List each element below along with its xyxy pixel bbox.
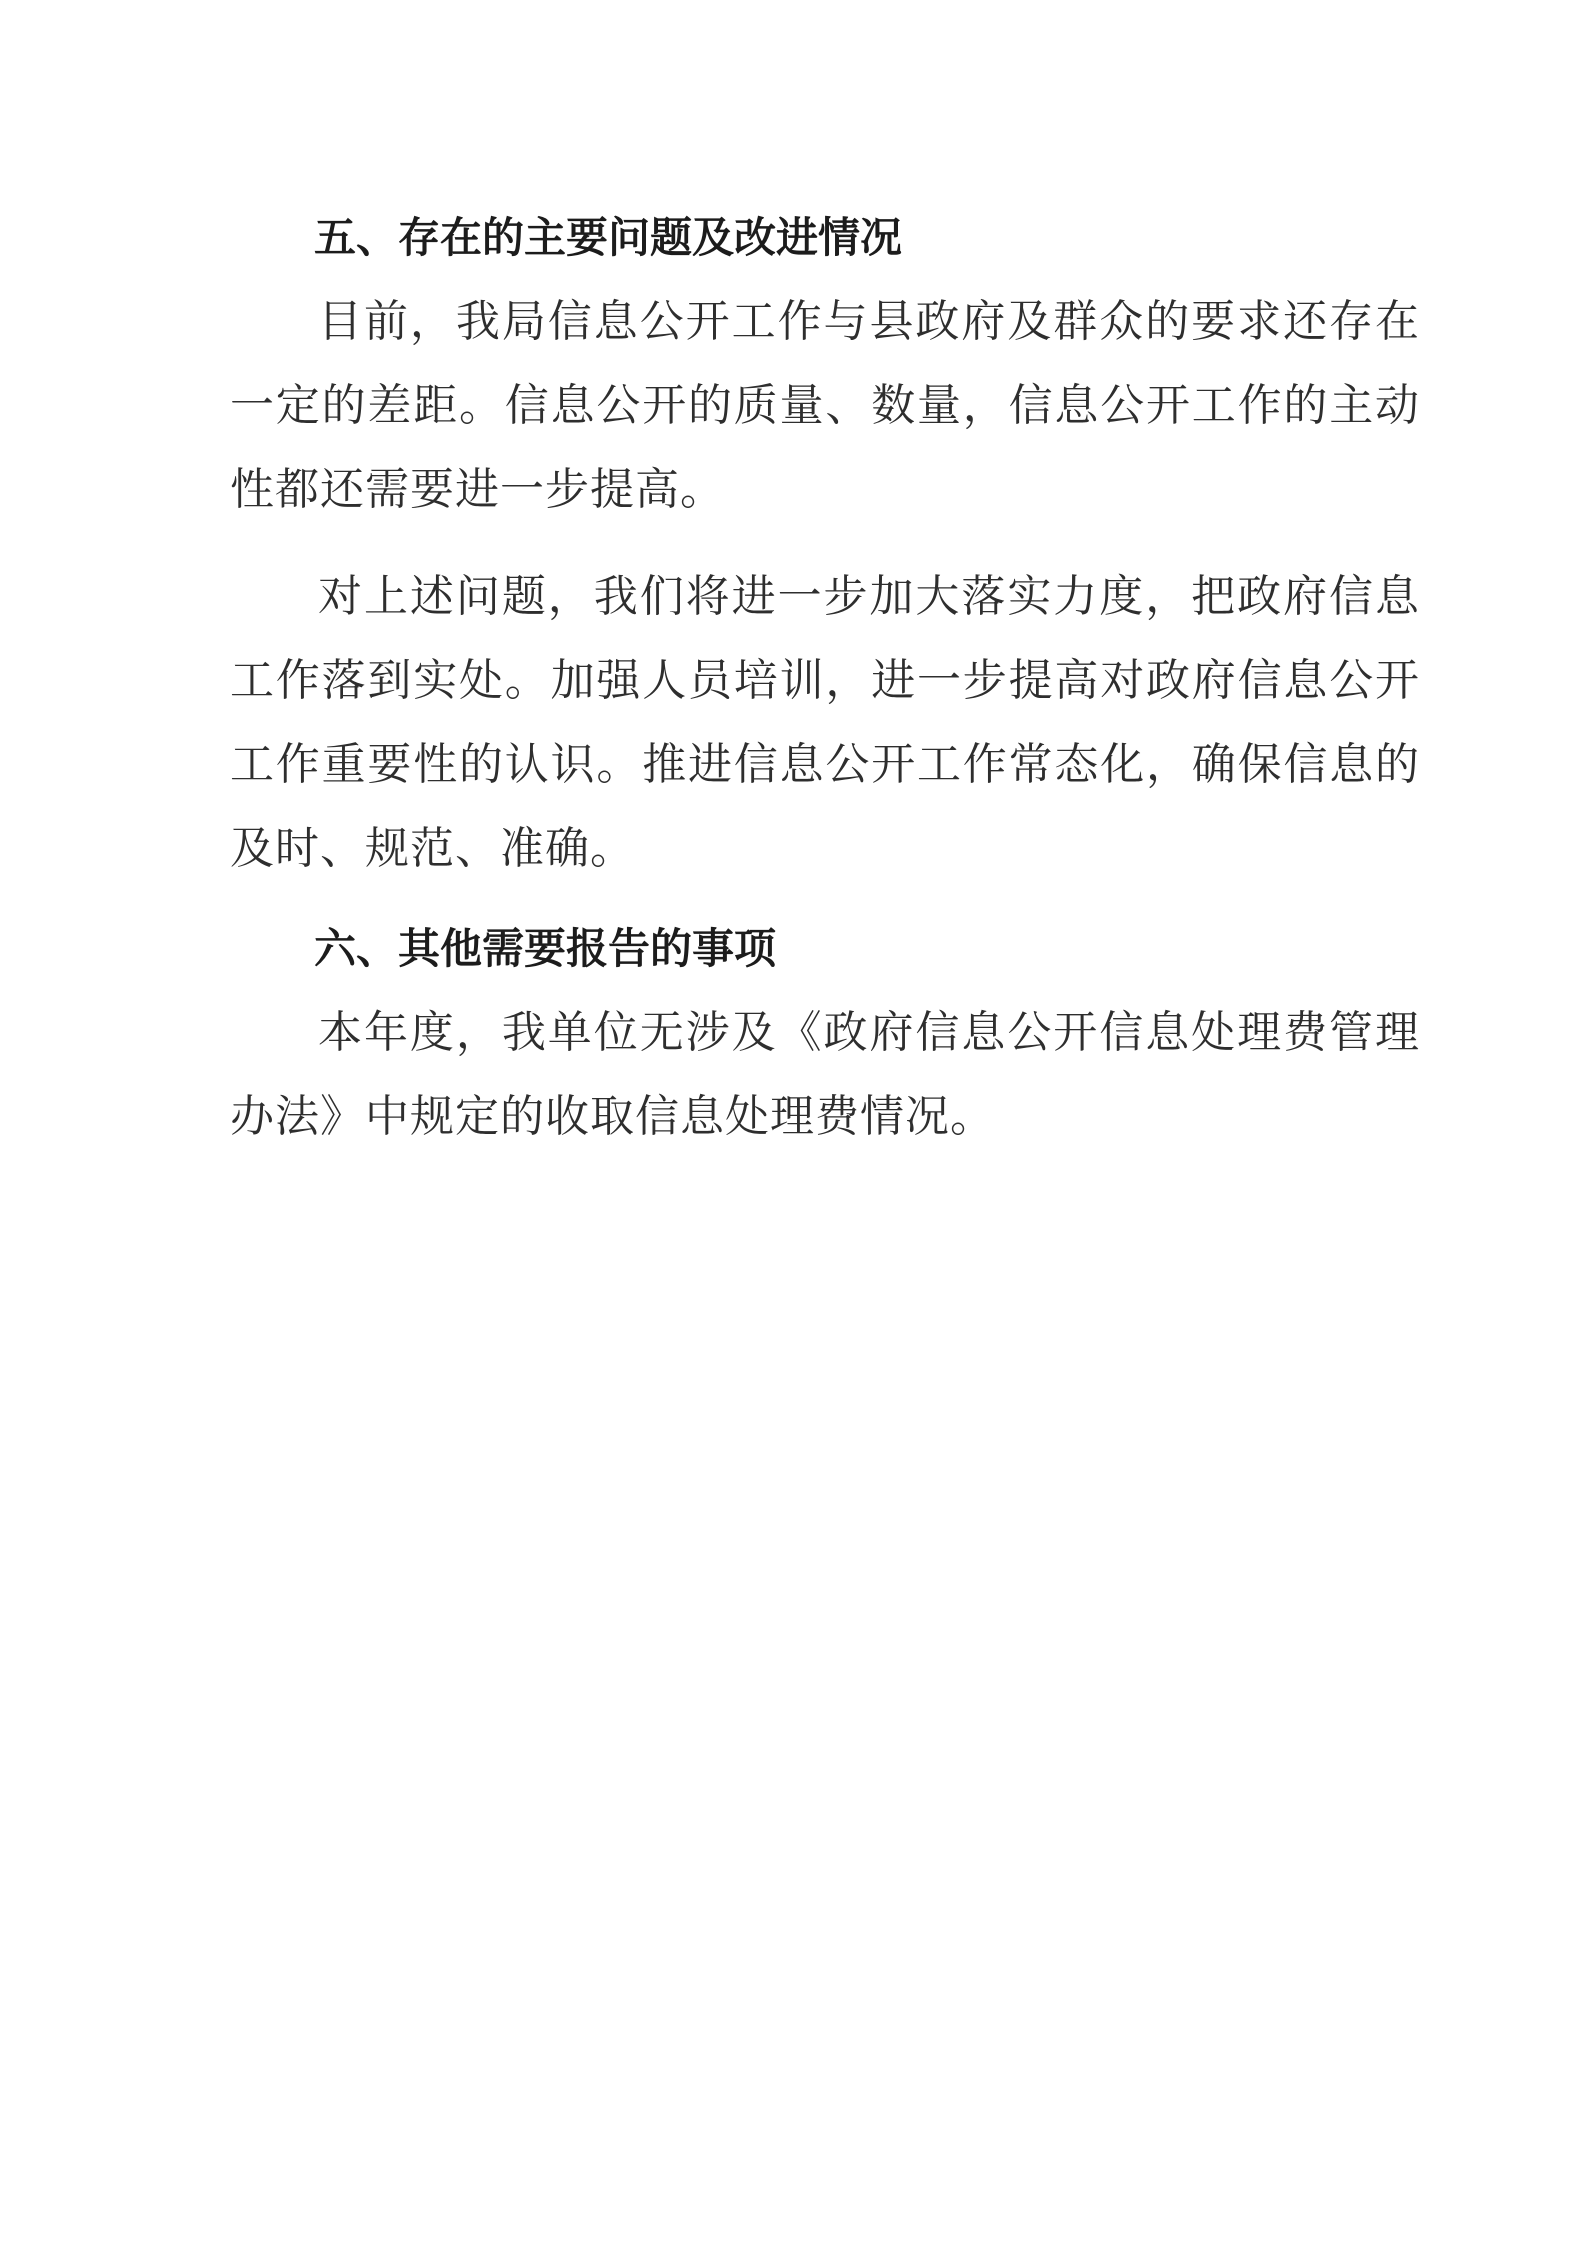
- section-6-paragraph-1: 本年度，我单位无涉及《政府信息公开信息处理费管理办法》中规定的收取信息处理费情况…: [230, 991, 1420, 1159]
- section-other-matters: 六、其他需要报告的事项 本年度，我单位无涉及《政府信息公开信息处理费管理办法》中…: [230, 907, 1420, 1159]
- section-5-paragraph-1: 目前，我局信息公开工作与县政府及群众的要求还存在一定的差距。信息公开的质量、数量…: [230, 280, 1420, 532]
- document-page: 五、存在的主要问题及改进情况 目前，我局信息公开工作与县政府及群众的要求还存在一…: [0, 0, 1587, 2245]
- section-problems-and-improvements: 五、存在的主要问题及改进情况 目前，我局信息公开工作与县政府及群众的要求还存在一…: [230, 196, 1420, 891]
- document-body: 五、存在的主要问题及改进情况 目前，我局信息公开工作与县政府及群众的要求还存在一…: [230, 196, 1420, 1159]
- section-5-heading: 五、存在的主要问题及改进情况: [230, 196, 1420, 280]
- section-6-heading: 六、其他需要报告的事项: [230, 907, 1420, 991]
- section-5-paragraph-2: 对上述问题，我们将进一步加大落实力度，把政府信息工作落到实处。加强人员培训，进一…: [230, 555, 1420, 891]
